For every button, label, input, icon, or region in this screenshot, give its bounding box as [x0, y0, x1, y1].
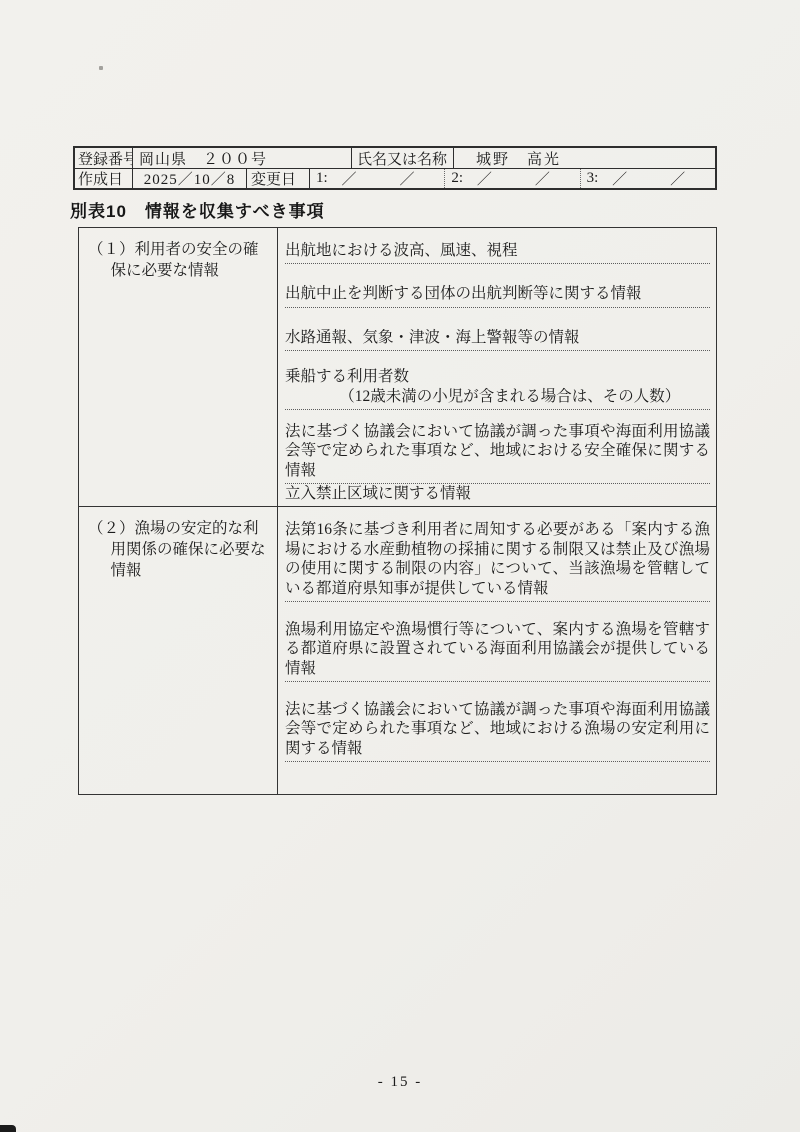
change-date-slot-2: 2: ／ ／ — [444, 169, 579, 188]
safety-item-notices-warnings: 水路通報、気象・津波・海上警報等の情報 — [285, 328, 710, 351]
safety-item-restricted-area: 立入禁止区域に関する情報 — [285, 484, 710, 506]
fishing-item-article16-info: 法第16条に基づき利用者に周知する必要がある「案内する漁場における水産動植物の採… — [285, 520, 710, 602]
change-date-slot-3: 3: ／ ／ — [580, 169, 715, 188]
item-text: 法に基づく協議会において協議が調った事項や海面利用協議会等で定められた事項など、… — [285, 422, 710, 480]
item-text: 出航地における波高、風速、視程 — [285, 241, 710, 260]
category-cell-user-safety: （１）利用者の安全の確保に必要な情報 — [79, 228, 278, 506]
item-text: 水路通報、気象・津波・海上警報等の情報 — [285, 328, 710, 347]
items-cell-fishing-ground: 法第16条に基づき利用者に周知する必要がある「案内する漁場における水産動植物の採… — [278, 507, 716, 794]
fishing-item-council-matters: 法に基づく協議会において協議が調った事項や海面利用協議会等で定められた事項など、… — [285, 700, 710, 762]
category-label: （１）利用者の安全の確保に必要な情報 — [88, 240, 273, 282]
scan-edge-artifact — [0, 1125, 16, 1132]
page-number: - 15 - — [0, 1074, 800, 1091]
change-slot-1-label: 1: — [316, 170, 328, 187]
scanned-document-page: 登録番号 岡山県 ２００号 氏名又は名称 城野 高光 作成日 2025／10／8… — [0, 0, 800, 1132]
section-user-safety: （１）利用者の安全の確保に必要な情報 出航地における波高、風速、視程 出航中止を… — [79, 228, 716, 506]
registration-row-1: 登録番号 岡山県 ２００号 氏名又は名称 城野 高光 — [75, 148, 715, 168]
registration-header-table: 登録番号 岡山県 ２００号 氏名又は名称 城野 高光 作成日 2025／10／8… — [73, 146, 717, 190]
item-text: 法に基づく協議会において協議が調った事項や海面利用協議会等で定められた事項など、… — [285, 700, 710, 758]
scan-speck-artifact — [99, 66, 103, 70]
created-date-label: 作成日 — [75, 169, 132, 188]
item-text: 乗船する利用者数 — [285, 367, 710, 386]
item-text: 出航中止を判断する団体の出航判断等に関する情報 — [285, 284, 710, 303]
change-slot-2-value: ／ ／ — [467, 168, 574, 189]
fishing-item-usage-agreements: 漁場利用協定や漁場慣行等について、案内する漁場を管轄する都道府県に設置されている… — [285, 620, 710, 682]
registration-number-label: 登録番号 — [75, 148, 132, 168]
registration-number-value: 岡山県 ２００号 — [132, 148, 351, 168]
safety-item-council-matters: 法に基づく協議会において協議が調った事項や海面利用協議会等で定められた事項など、… — [285, 422, 710, 484]
item-text: 立入禁止区域に関する情報 — [285, 484, 710, 503]
table-title: 別表10 情報を収集すべき事項 — [70, 197, 325, 222]
change-slot-3-value: ／ ／ — [602, 168, 709, 189]
section-fishing-ground-stability: （２）漁場の安定的な利用関係の確保に必要な情報 法第16条に基づき利用者に周知す… — [79, 506, 716, 794]
name-value: 城野 高光 — [453, 148, 715, 168]
item-text: 法第16条に基づき利用者に周知する必要がある「案内する漁場における水産動植物の採… — [285, 520, 710, 598]
change-date-slot-1: 1: ／ ／ — [310, 169, 444, 188]
item-text: 漁場利用協定や漁場慣行等について、案内する漁場を管轄する都道府県に設置されている… — [285, 620, 710, 678]
change-slot-2-label: 2: — [451, 170, 463, 187]
safety-item-departure-cancel: 出航中止を判断する団体の出航判断等に関する情報 — [285, 284, 710, 307]
changed-date-label: 変更日 — [246, 169, 309, 188]
safety-item-wave-wind: 出航地における波高、風速、視程 — [285, 241, 710, 264]
name-label: 氏名又は名称 — [351, 148, 453, 168]
change-date-slots: 1: ／ ／ 2: ／ ／ 3: ／ ／ — [309, 169, 715, 188]
safety-item-passenger-count: 乗船する利用者数 （12歳未満の小児が含まれる場合は、その人数） — [285, 367, 710, 410]
created-date-value: 2025／10／8 — [132, 169, 246, 188]
category-label: （２）漁場の安定的な利用関係の確保に必要な情報 — [88, 519, 273, 582]
registration-row-2: 作成日 2025／10／8 変更日 1: ／ ／ 2: ／ ／ 3: ／ ／ — [75, 168, 715, 188]
information-items-table: （１）利用者の安全の確保に必要な情報 出航地における波高、風速、視程 出航中止を… — [78, 227, 717, 795]
category-cell-fishing-ground: （２）漁場の安定的な利用関係の確保に必要な情報 — [79, 507, 278, 794]
change-slot-3-label: 3: — [587, 170, 599, 187]
item-text-sub: （12歳未満の小児が含まれる場合は、その人数） — [285, 387, 710, 406]
items-cell-user-safety: 出航地における波高、風速、視程 出航中止を判断する団体の出航判断等に関する情報 … — [278, 228, 716, 506]
change-slot-1-value: ／ ／ — [332, 168, 439, 189]
